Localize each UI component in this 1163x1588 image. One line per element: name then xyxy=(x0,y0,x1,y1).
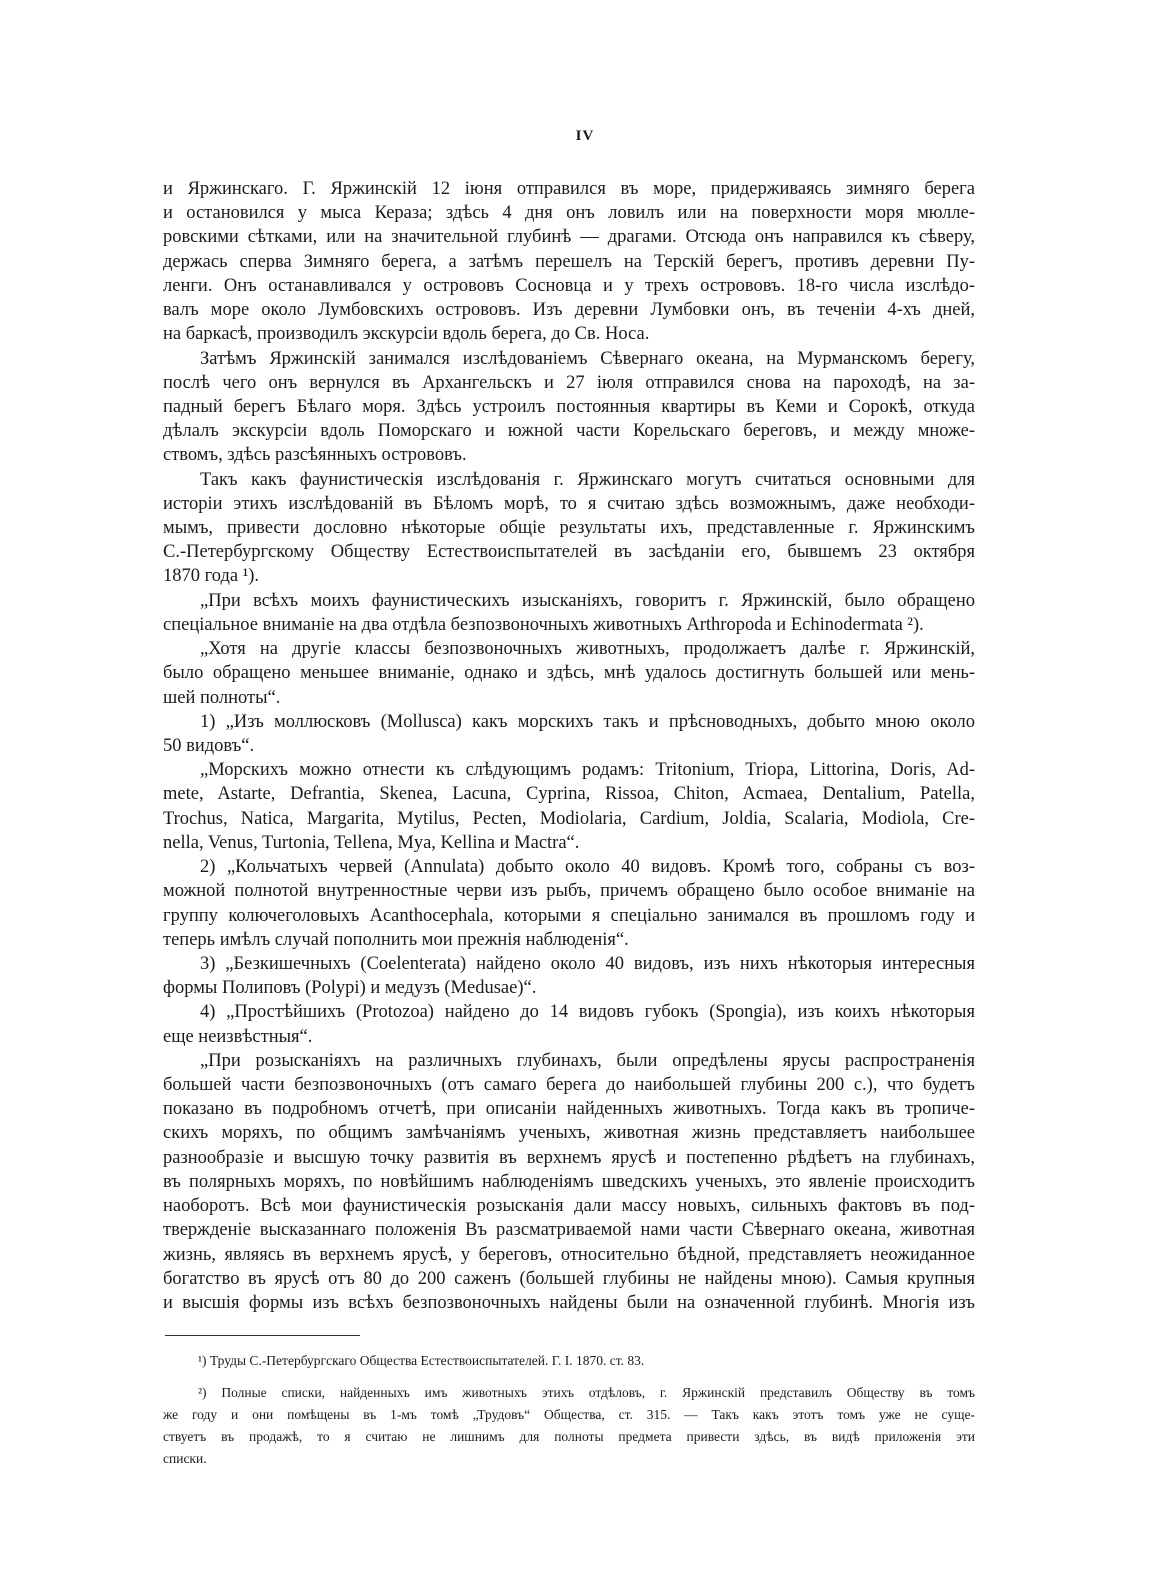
body-line: С.-Петербургскому Обществу Естествоиспыт… xyxy=(163,541,975,563)
body-line: жизнь, являясь въ верхнемъ ярусѣ, у бере… xyxy=(163,1244,975,1266)
body-line: „Морскихъ можно отнести къ слѣдующимъ ро… xyxy=(200,759,975,781)
body-line: держась сперва Зимняго берега, а затѣмъ … xyxy=(163,251,975,273)
body-line: 1) „Изъ моллюсковъ (Mollusca) какъ морск… xyxy=(200,711,975,733)
body-line: разнообразіе и высшую точку развитія въ … xyxy=(163,1147,975,1169)
body-line: ствомъ, здѣсь разсѣянныхъ острововъ. xyxy=(163,444,975,466)
body-line: Такъ какъ фаунистическія изслѣдованія г.… xyxy=(200,469,975,491)
footnote-line: ствуетъ въ продажѣ, то я считаю не лишни… xyxy=(163,1428,975,1446)
body-line: большей части безпозвоночныхъ (отъ самаг… xyxy=(163,1074,975,1096)
body-line: группу колючеголовыхъ Acanthocephala, ко… xyxy=(163,905,975,927)
body-line: теперь имѣлъ случай пополнить мои прежні… xyxy=(163,929,975,951)
body-line: и Яржинскаго. Г. Яржинскій 12 іюня отпра… xyxy=(163,178,975,200)
body-line: наоборотъ. Всѣ мои фаунистическія розыск… xyxy=(163,1195,975,1217)
body-line: валъ море около Лумбовскихъ острововъ. И… xyxy=(163,299,975,321)
body-line: ленги. Онъ останавливался у острововъ Со… xyxy=(163,275,975,297)
body-line: было обращено меньшее вниманіе, однако и… xyxy=(163,662,975,684)
footnote-divider xyxy=(165,1335,360,1336)
footnote-line: ¹) Труды С.-Петербургскаго Общества Есте… xyxy=(198,1352,975,1370)
footnote-line: ²) Полные списки, найденныхъ имъ животны… xyxy=(198,1384,975,1402)
body-line: nella, Venus, Turtonia, Tellena, Mya, Ke… xyxy=(163,832,975,854)
body-line: еще неизвѣстныя“. xyxy=(163,1026,975,1048)
page-number: IV xyxy=(555,128,615,145)
body-line: мымъ, привести дословно нѣкоторые общіе … xyxy=(163,517,975,539)
body-line: 3) „Безкишечныхъ (Coelenterata) найдено … xyxy=(200,953,975,975)
footnote-line: списки. xyxy=(163,1450,975,1468)
body-line: mete, Astarte, Defrantia, Skenea, Lacuna… xyxy=(163,783,975,805)
body-line: въ полярныхъ моряхъ, по новѣйшимъ наблюд… xyxy=(163,1171,975,1193)
body-line: ровскими сѣтками, или на значительной гл… xyxy=(163,226,975,248)
body-line: скихъ моряхъ, по общимъ замѣчаніямъ учен… xyxy=(163,1122,975,1144)
body-line: „При всѣхъ моихъ фаунистическихъ изыскан… xyxy=(200,590,975,612)
body-line: Trochus, Natica, Margarita, Mytilus, Pec… xyxy=(163,808,975,830)
body-line: твержденіе высказаннаго положенія Въ раз… xyxy=(163,1219,975,1241)
body-line: „При розысканіяхъ на различныхъ глубинах… xyxy=(200,1050,975,1072)
body-line: шей полноты“. xyxy=(163,687,975,709)
body-line: 50 видовъ“. xyxy=(163,735,975,757)
footnote-line: же году и они помѣщены въ 1-мъ томѣ „Тру… xyxy=(163,1406,975,1424)
body-line: послѣ чего онъ вернулся въ Архангельскъ … xyxy=(163,372,975,394)
body-line: 4) „Простѣйшихъ (Protozoa) найдено до 14… xyxy=(200,1001,975,1023)
body-line: можной полнотой внутренностные черви изъ… xyxy=(163,880,975,902)
body-line: на баркасѣ, производилъ экскурсіи вдоль … xyxy=(163,323,975,345)
body-line: богатство въ ярусѣ отъ 80 до 200 саженъ … xyxy=(163,1268,975,1290)
body-line: спеціальное вниманіе на два отдѣла безпо… xyxy=(163,614,975,636)
body-line: и высшія формы изъ всѣхъ безпозвоночныхъ… xyxy=(163,1292,975,1314)
body-line: формы Полиповъ (Polypi) и медузъ (Medusa… xyxy=(163,977,975,999)
body-line: „Хотя на другіе классы безпозвоночныхъ ж… xyxy=(200,638,975,660)
body-line: падный берегъ Бѣлаго моря. Здѣсь устроил… xyxy=(163,396,975,418)
body-line: показано въ подробномъ отчетѣ, при описа… xyxy=(163,1098,975,1120)
body-line: Затѣмъ Яржинскій занимался изслѣдованіем… xyxy=(200,348,975,370)
body-line: 1870 года ¹). xyxy=(163,565,975,587)
body-line: дѣлалъ экскурсіи вдоль Поморскаго и южно… xyxy=(163,420,975,442)
body-line: 2) „Кольчатыхъ червей (Annulata) добыто … xyxy=(200,856,975,878)
document-page: IV и Яржинскаго. Г. Яржинскій 12 іюня от… xyxy=(0,0,1163,1588)
body-line: и остановился у мыса Кераза; здѣсь 4 дня… xyxy=(163,202,975,224)
body-line: исторіи этихъ изслѣдованій въ Бѣломъ мор… xyxy=(163,493,975,515)
